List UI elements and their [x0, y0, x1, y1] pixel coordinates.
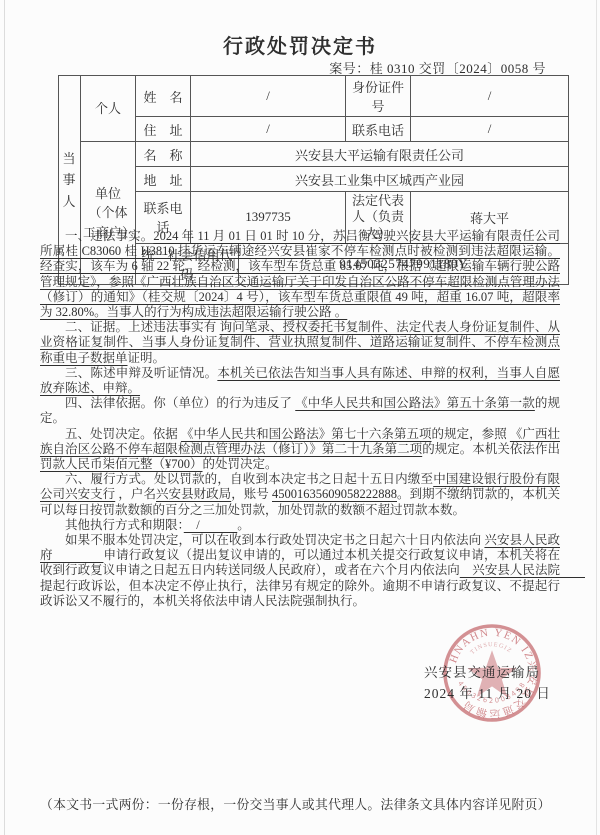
org-address-label: 地 址 [136, 167, 191, 192]
issue-date: 2024 年 11 月 20 日 [424, 683, 551, 704]
address-label: 住 址 [136, 117, 191, 142]
phone-label: 联系电话 [346, 117, 411, 142]
id-number-label: 身份证件号 [346, 76, 411, 117]
penalty-decision-document: 行政处罚决定书 案号：桂 0310 交罚〔2024〕0058 号 当 事 人 个… [0, 0, 600, 835]
address-value: / [191, 117, 346, 142]
scan-edge-right [596, 0, 597, 835]
org-name-label: 名 称 [136, 142, 191, 167]
name-value: / [191, 76, 346, 117]
body-paragraph: 五、处罚决定。依据 《中华人民共和国公路法》第七十六条第五项的规定，参照 《广西… [40, 427, 560, 473]
footer-note: （本文书一式两份：一份存根，一份交当事人或其代理人。法律条文具体内容详见附页） [40, 794, 580, 813]
decision-body: 一、违法事实。2024 年 11 月 01 日 01 时 10 分，苏吕衡驾驶兴… [40, 229, 560, 609]
body-paragraph: 四、法律依据。你（单位）的行为违反了 《中华人民共和国公路法》第五十条第一款的规… [40, 396, 560, 426]
individual-group-label: 个人 [81, 76, 136, 142]
issuing-agency: 兴安县交通运输局 [424, 662, 551, 683]
document-title: 行政处罚决定书 [0, 30, 600, 59]
phone-value: / [411, 117, 569, 142]
name-label: 姓 名 [136, 76, 191, 117]
body-paragraph: 一、违法事实。2024 年 11 月 01 日 01 时 10 分，苏吕衡驾驶兴… [40, 229, 560, 320]
org-name-value: 兴安县大平运输有限责任公司 [191, 142, 569, 167]
body-paragraph: 其他执行方式和期限： / 。 [40, 518, 560, 533]
org-address-value: 兴安县工业集中区城西产业园 [191, 167, 569, 192]
body-paragraph: 三、陈述申辩及听证情况。本机关已依法告知当事人具有陈述、申辩的权利，当事人自愿放… [40, 366, 560, 396]
scan-edge-left [4, 0, 5, 835]
signature-block: 兴安县交通运输局 2024 年 11 月 20 日 [424, 662, 551, 704]
body-paragraph: 六、履行方式。处以罚款的，自收到本决定书之日起十五日内缴至中国建设银行股份有限公… [40, 472, 560, 518]
body-paragraph: 如果不服本处罚决定，可以在收到本行政处罚决定书之日起六十日内依法向 兴安县人民政… [40, 533, 560, 609]
body-paragraph: 二、证据。上述违法事实有 询问笔录、授权委托书复制件、法定代表人身份证复制件、从… [40, 320, 560, 366]
id-number-value: / [411, 76, 569, 117]
